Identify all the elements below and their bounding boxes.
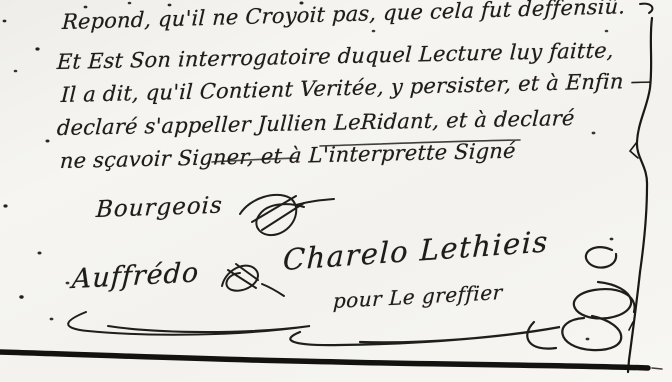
- manuscript-line-3: Il a dit, qu'il Contient Veritée, y pers…: [60, 69, 652, 107]
- manuscript-line-1: Repond, qu'il ne Croyoit pas, que cela f…: [61, 0, 625, 34]
- page-edge-right: [628, 4, 652, 372]
- manuscript-page: Repond, qu'il ne Croyoit pas, que cela f…: [0, 0, 672, 382]
- manuscript-line-5: ne sçavoir Signer, et à L'interprette Si…: [59, 139, 516, 173]
- signature-greffier-note: pour Le greffier: [333, 280, 504, 313]
- signature-greffier: Charelo Lethieis: [282, 224, 549, 277]
- page-bottom-scan-edge: [0, 352, 662, 369]
- attestation-bourgeois: Bourgeois: [95, 193, 223, 223]
- bourgeois-paraph: [240, 195, 334, 235]
- manuscript-line-4: declaré s'appeller Jullien LeRidant, et …: [56, 106, 575, 140]
- manuscript-line-2: Et Est Son interrogatoire duquel Lecture…: [56, 38, 614, 74]
- signature-auffredo: Auffrédo: [71, 257, 200, 295]
- speckle-noise-scattered: [0, 0, 3, 2]
